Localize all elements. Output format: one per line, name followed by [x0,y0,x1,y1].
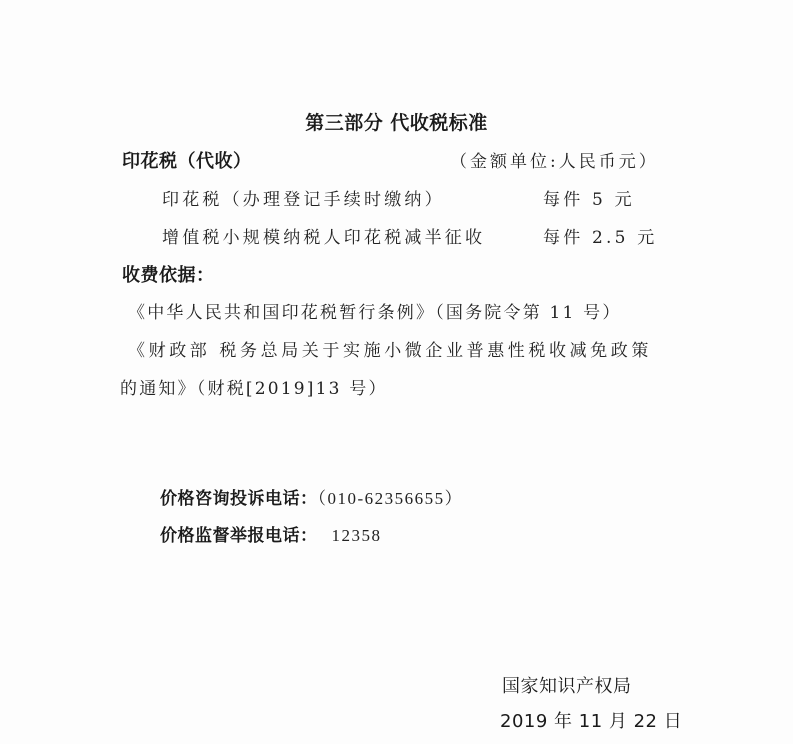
page-title: 第三部分 代收税标准 [0,114,793,133]
fee-item-name: 印花税（办理登记手续时缴纳） [162,192,445,209]
legal-reference-continued: 的通知》（财税[2019]13 号） [120,381,388,398]
consult-phone-label: 价格咨询投诉电话： [160,489,318,509]
legal-reference: 《财政部 税务总局关于实施小微企业普惠性税收减免政策 [128,343,652,360]
section-heading-stamp-tax: 印花税（代收） [122,153,252,171]
issuing-authority: 国家知识产权局 [502,678,632,696]
basis-heading: 收费依据： [122,267,215,285]
report-phone-number: 12358 [332,526,382,545]
report-phone-label: 价格监督举报电话： [160,526,318,546]
consult-phone-number: （010-62356655） [318,489,464,508]
legal-reference: 《中华人民共和国印花税暂行条例》（国务院令第 11 号） [128,305,622,322]
consult-phone-row: 价格咨询投诉电话：（010-62356655） [160,490,463,508]
fee-item-price: 每件 5 元 [543,192,635,209]
fee-item-name: 增值税小规模纳税人印花税减半征收 [162,230,485,247]
issue-date: 2019 年 11 月 22 日 [500,713,682,731]
fee-item-price: 每件 2.5 元 [543,230,657,247]
currency-unit-note: （金额单位:人民币元） [450,154,659,171]
report-phone-row: 价格监督举报电话：12358 [160,527,382,545]
